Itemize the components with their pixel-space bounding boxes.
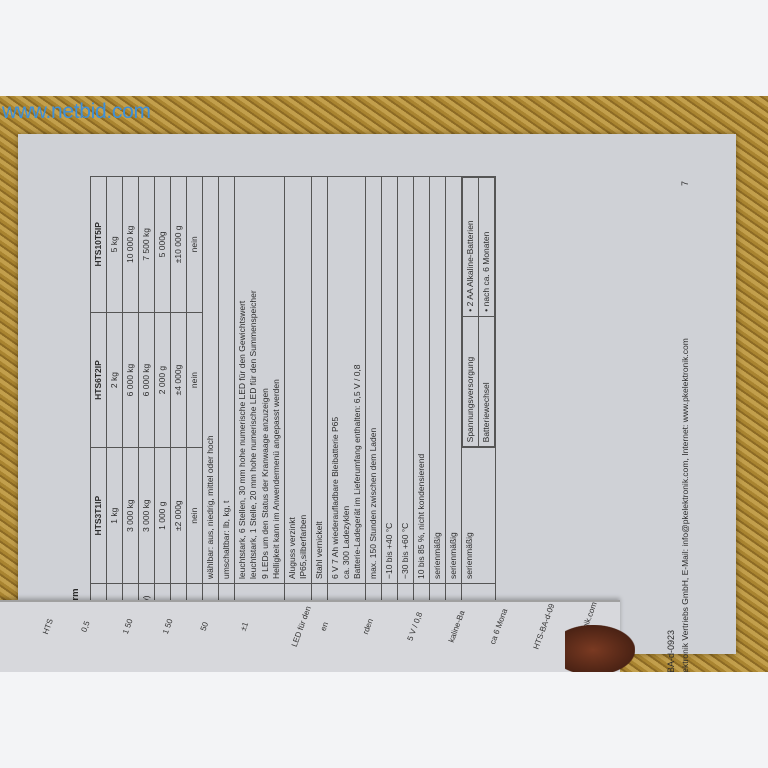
remote-subtable: Spannungsversorgung• 2 AA Alkaline-Batte…: [462, 177, 495, 447]
finger: [565, 625, 635, 675]
cell-value: 6 000 kg: [123, 312, 139, 448]
cell-value: max. 150 Stunden zwischen dem Laden: [365, 177, 381, 584]
cell-value: 10 bis 85 %, nicht kondensierend: [414, 177, 430, 584]
watermark: www.netbid.com: [2, 100, 151, 124]
column-header: HTS10T5IP: [91, 177, 107, 313]
underlying-fragment: HTS: [41, 617, 55, 635]
underlying-fragment: kaline-Ba: [447, 609, 467, 643]
cell-line: 10 bis 85 %, nicht kondensierend: [416, 181, 427, 579]
underlying-fragment: HTS-BA-d-09: [532, 602, 557, 650]
page-number: 7: [680, 181, 690, 186]
cell-value: 10 000 kg: [123, 177, 139, 313]
cell-value: Stahl vernickelt: [311, 177, 327, 584]
cell-line: Aluguss verzinkt: [287, 181, 298, 579]
underlying-fragment: 1 50: [161, 618, 175, 636]
cell-line: serienmäßig: [432, 181, 443, 579]
cell-value: umschaltbar: lb, kg, t: [219, 177, 235, 584]
underlying-fragment: ±1: [239, 621, 250, 632]
cell-value: 7 500 kg: [139, 177, 155, 313]
cell-value: 3 000 kg: [139, 448, 155, 584]
cell-value: nein: [187, 177, 203, 313]
column-header: HTS6T2IP: [91, 312, 107, 448]
cell-line: 6 V 7 Ah wiederaufladbare Bleibatterie P…: [330, 181, 341, 579]
sub-label: Batteriewechsel: [479, 316, 495, 447]
sub-value: • nach ca. 6 Monaten: [479, 178, 495, 317]
sub-label: Spannungsversorgung: [463, 316, 479, 447]
column-header: HTS3T1IP: [91, 448, 107, 584]
cell-line: max. 150 Stunden zwischen dem Laden: [368, 181, 379, 579]
cell-line: umschaltbar: lb, kg, t: [221, 181, 232, 579]
cell-line: ca. 300 Ladezyklen: [341, 181, 352, 579]
underlying-fragment: LED für den: [290, 605, 313, 648]
underlying-fragment: rden: [361, 617, 375, 635]
underlying-fragment: 5 V / 0,8: [406, 611, 425, 642]
cell-value: ±4 000g: [171, 312, 187, 448]
document-page: 1.2 Große Bauform KERNHTS3T1IPHTS6T2IPHT…: [18, 134, 736, 654]
footer-contact: PK Elektronik Vertriebs GmbH, E-Mail: in…: [680, 338, 690, 694]
cell-value: 1 kg: [107, 448, 123, 584]
underlying-page: HTS0,51 501 5050±1LED für denenrden5 V /…: [0, 600, 620, 674]
cell-value: 1 000 g: [155, 448, 171, 584]
underlying-fragment: en: [319, 621, 331, 632]
cell-line: leuchtstark, 6 Stellen, 30 mm hohe numer…: [237, 181, 248, 579]
cell-value: 6 V 7 Ah wiederaufladbare Bleibatterie P…: [327, 177, 365, 584]
cell-value: ±10 000 g: [171, 177, 187, 313]
cell-line: wählbar: aus, niedrig, mittel oder hoch: [205, 181, 216, 579]
cell-value: 6 000 kg: [139, 312, 155, 448]
subtable-row: Batteriewechsel• nach ca. 6 Monaten: [479, 178, 495, 447]
cell-line: Batterie-Ladegerät im Lieferumfang entha…: [352, 181, 363, 579]
cell-value: 2 kg: [107, 312, 123, 448]
cell-value: −10 bis +40 °C: [381, 177, 397, 584]
underlying-fragment: 0,5: [79, 620, 91, 634]
cell-line: serienmäßig: [448, 181, 459, 579]
cell-line: −30 bis +60 °C: [400, 181, 411, 579]
cell-value: nein: [187, 312, 203, 448]
cell-line: IP65,silberfarben: [298, 181, 309, 579]
cell-value: Aluguss verzinktIP65,silberfarben: [284, 177, 311, 584]
underlying-fragment: 50: [199, 621, 211, 632]
cell-value: 5 kg: [107, 177, 123, 313]
cell-value: −30 bis +60 °C: [397, 177, 413, 584]
cell-value: serienmäßig: [462, 448, 496, 584]
cell-value: nein: [187, 448, 203, 584]
cell-value: serienmäßig: [430, 177, 446, 584]
cell-value: leuchtstark, 6 Stellen, 30 mm hohe numer…: [235, 177, 284, 584]
cell-value: wählbar: aus, niedrig, mittel oder hoch: [203, 177, 219, 584]
subtable-row: Spannungsversorgung• 2 AA Alkaline-Batte…: [463, 178, 479, 447]
cell-line: leuchtstark, 1 Stelle, 20 mm hohe numeri…: [248, 181, 259, 579]
cell-value: 2 000 g: [155, 312, 171, 448]
underlying-fragment: 1 50: [121, 618, 135, 636]
cell-value: ±2 000g: [171, 448, 187, 584]
bottom-padding: [0, 672, 768, 768]
sub-value: • 2 AA Alkaline-Batterien: [463, 178, 479, 317]
cell-line: Helligkeit kann im Anwendermenü angepass…: [271, 181, 282, 579]
cell-value: 3 000 kg: [123, 448, 139, 584]
cell-line: 9 LEDs um den Status der Kranwaage anzuz…: [260, 181, 271, 579]
cell-line: Stahl vernickelt: [314, 181, 325, 579]
cell-value: 5 000g: [155, 177, 171, 313]
cell-value: serienmäßig: [446, 177, 462, 584]
remote-subtable-cell: Spannungsversorgung• 2 AA Alkaline-Batte…: [462, 177, 496, 448]
cell-line: −10 bis +40 °C: [384, 181, 395, 579]
underlying-fragment: ca 6 Mona: [488, 607, 509, 645]
